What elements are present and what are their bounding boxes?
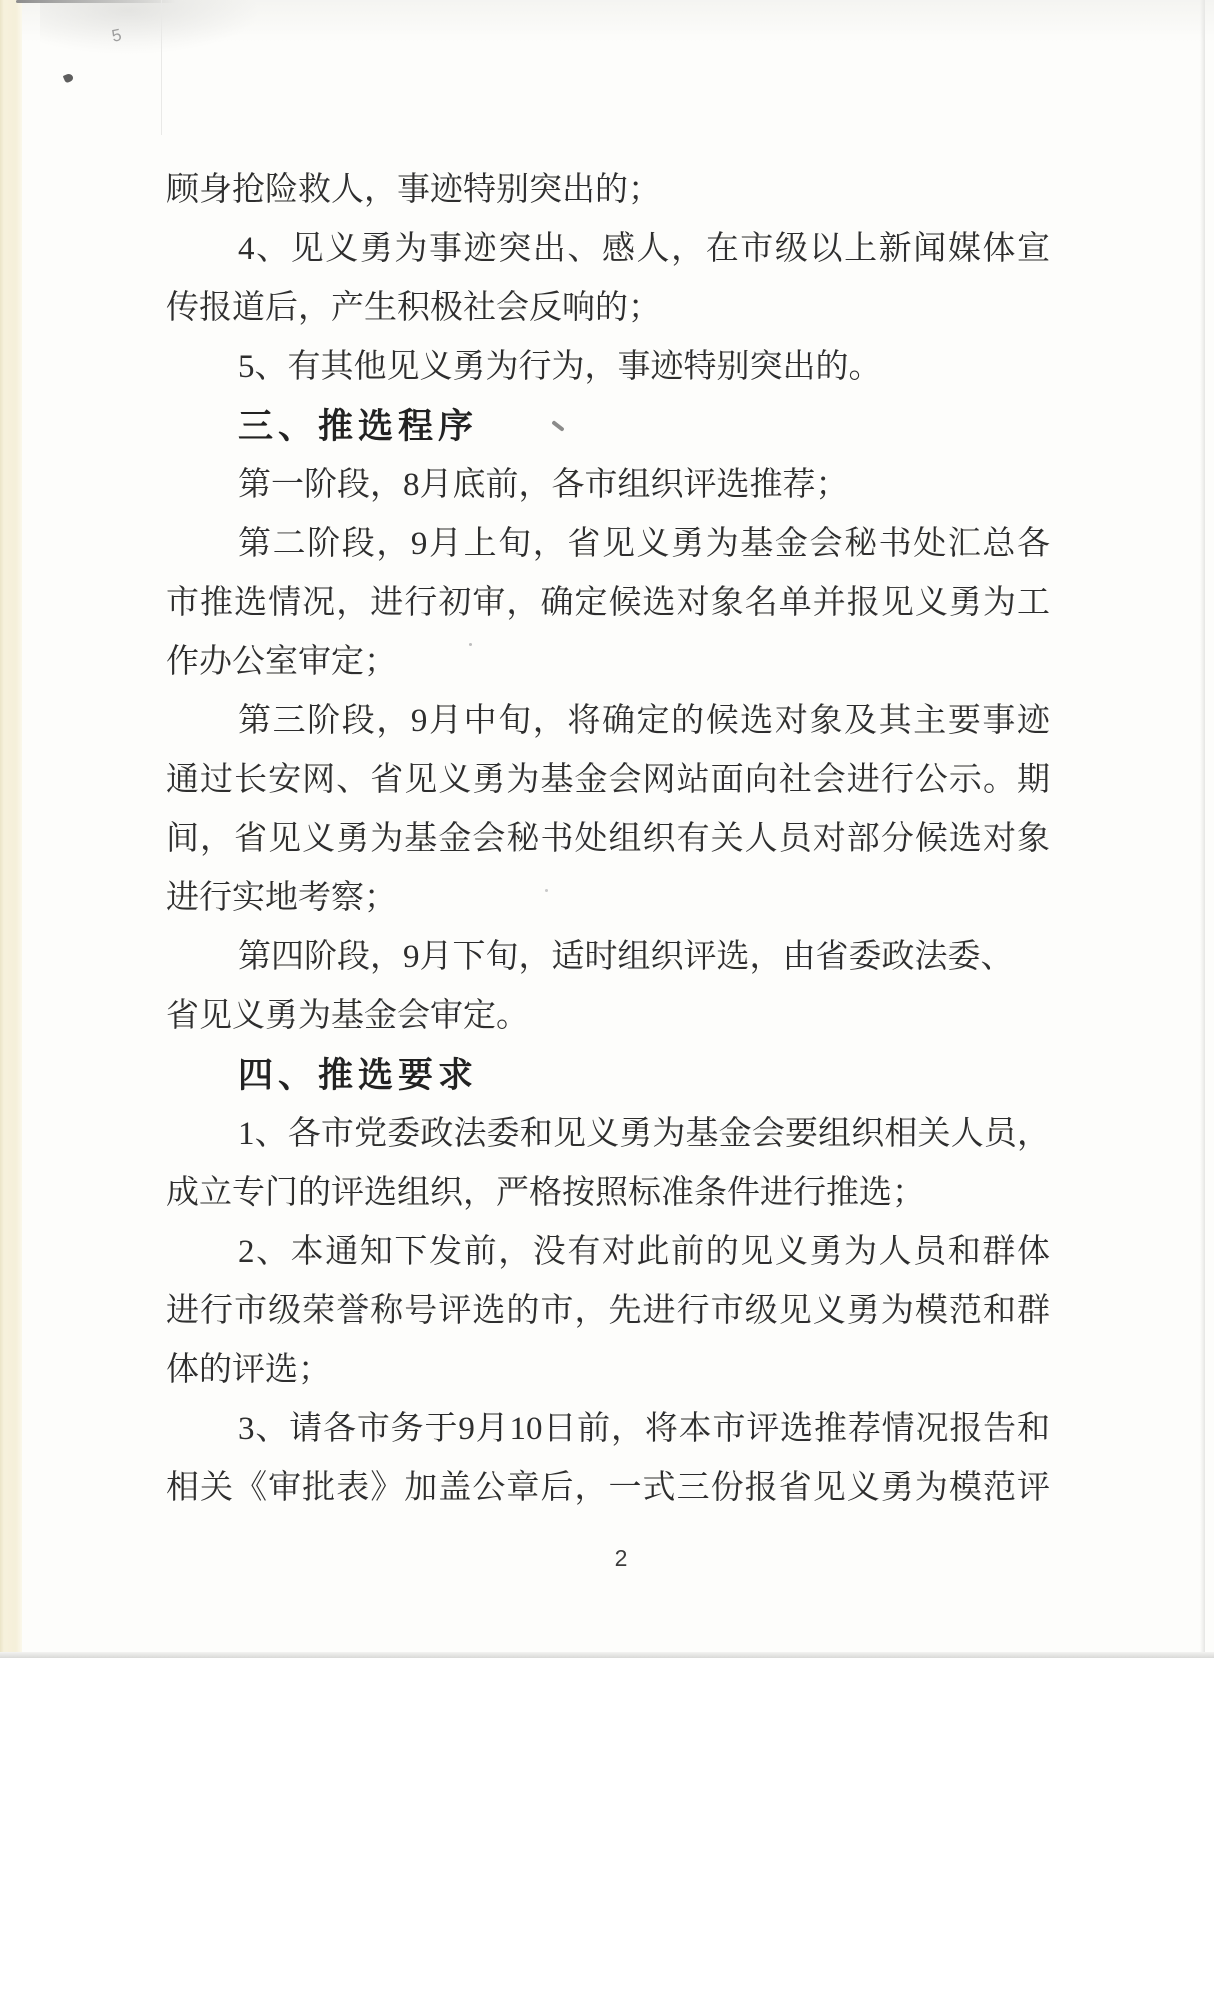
text-line: 第三阶段，9月中旬，将确定的候选对象及其主要事迹 [166,692,1050,751]
scan-left-binding-strip [0,0,22,1658]
scan-dust-dot [469,643,472,646]
scan-corner-smudge [40,0,260,55]
text-line: 1、各市党委政法委和见义勇为基金会要组织相关人员， [166,1105,1050,1164]
text-line: 作办公室审定； [166,633,1050,692]
text-line: 第四阶段，9月下旬，适时组织评选，由省委政法委、 [166,928,1050,987]
ink-speck [63,73,74,84]
section-heading: 三、推选程序 [166,397,1050,456]
text-line: 5、有其他见义勇为行为，事迹特别突出的。 [166,338,1050,397]
text-line: 成立专门的评选组织，严格按照标准条件进行推选； [166,1164,1050,1223]
text-line: 间，省见义勇为基金会秘书处组织有关人员对部分候选对象 [166,810,1050,869]
document-text: 顾身抢险救人，事迹特别突出的；4、见义勇为事迹突出、感人，在市级以上新闻媒体宣传… [166,161,1050,1518]
page-number: 2 [606,1545,636,1572]
text-line: 第一阶段，8月底前，各市组织评选推荐； [166,456,1050,515]
scan-bottom-edge [0,1652,1214,1658]
text-line: 相关《审批表》加盖公章后，一式三份报省见义勇为模范评 [166,1459,1050,1518]
scan-dust-dot [545,889,548,892]
text-line: 市推选情况，进行初审，确定候选对象名单并报见义勇为工 [166,574,1050,633]
section-heading: 四、推选要求 [166,1046,1050,1105]
text-line: 2、本通知下发前，没有对此前的见义勇为人员和群体 [166,1223,1050,1282]
text-line: 进行实地考察； [166,869,1050,928]
text-line: 省见义勇为基金会审定。 [166,987,1050,1046]
text-line: 通过长安网、省见义勇为基金会网站面向社会进行公示。期 [166,751,1050,810]
text-line: 4、见义勇为事迹突出、感人，在市级以上新闻媒体宣 [166,220,1050,279]
text-line: 顾身抢险救人，事迹特别突出的； [166,161,1050,220]
text-line: 第二阶段，9月上旬，省见义勇为基金会秘书处汇总各 [166,515,1050,574]
scan-fold-line [161,0,162,135]
text-line: 体的评选； [166,1341,1050,1400]
scanned-page: 顾身抢险救人，事迹特别突出的；4、见义勇为事迹突出、感人，在市级以上新闻媒体宣传… [0,0,1214,1658]
scan-top-edge [16,0,176,3]
text-line: 传报道后，产生积极社会反响的； [166,279,1050,338]
text-line: 3、请各市务于9月10日前，将本市评选推荐情况报告和 [166,1400,1050,1459]
text-line: 进行市级荣誉称号评选的市，先进行市级见义勇为模范和群 [166,1282,1050,1341]
scan-right-shadow [1200,0,1205,1658]
